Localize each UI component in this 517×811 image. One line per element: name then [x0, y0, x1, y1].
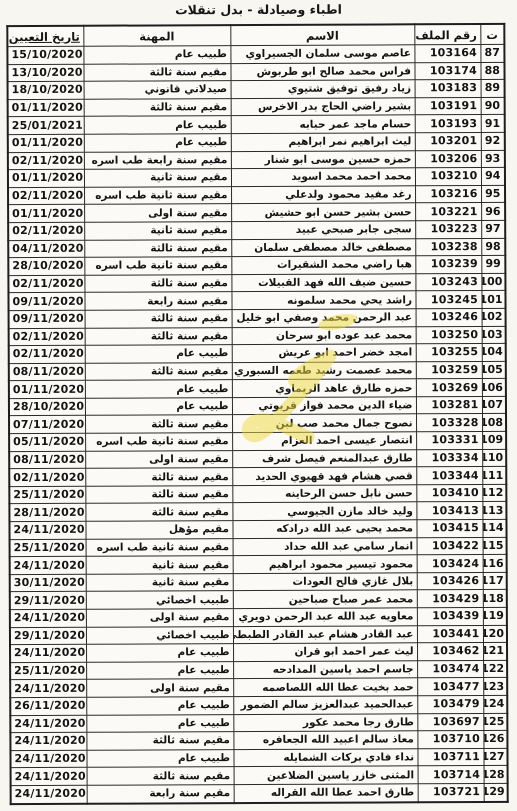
cell-profession: مقيم سنة ثالثة [85, 415, 232, 433]
cell-index: 95 [481, 185, 505, 203]
cell-date: 24/11/2020 [11, 785, 87, 803]
col-header-appointment-date: تاريخ التعيين [7, 26, 83, 47]
table-row: 94 103210 محمد احمد محمد اسويد مقيم سنة … [8, 168, 505, 188]
table-row: 114 103415 محمد يحيى عبد الله درادكه مقي… [9, 519, 506, 539]
cell-profession: مقيم سنة اولى [85, 450, 232, 468]
cell-index: 93 [481, 150, 505, 168]
cell-date: 02/11/2020 [9, 469, 85, 487]
cell-profession: طبيب عام [86, 644, 233, 662]
cell-file-number: 103344 [416, 467, 482, 485]
cell-profession: مقيم سنة ثالثة [86, 732, 233, 750]
cell-date: 26/11/2020 [10, 697, 86, 715]
cell-name: حمزه حسين موسى ابو شنار [231, 150, 415, 168]
cell-index: 113 [482, 502, 506, 520]
cell-profession: مقيم سنة ثالثة [84, 274, 231, 292]
cell-date: 18/10/2020 [8, 81, 84, 99]
cell-file-number: 103424 [417, 555, 483, 573]
cell-index: 127 [483, 748, 507, 766]
cell-profession: مقيم سنة ثانية [86, 556, 233, 574]
table-row: 105 103259 محمد عصمت رشيد طعمه السبوري م… [9, 361, 506, 381]
cell-file-number: 103331 [416, 432, 482, 450]
cell-date: 08/11/2020 [9, 363, 85, 381]
cell-index: 109 [482, 431, 506, 449]
cell-name: حسام ماجد عمر حبابه [231, 115, 415, 133]
table-row: 120 103441 عبد القادر هشام عبد القادر ال… [10, 625, 507, 645]
cell-index: 110 [482, 449, 506, 467]
table-row: 107 103281 ضياء الدين محمد فواز قريوتي ط… [9, 396, 506, 416]
cell-name: فراس محمد صالح ابو طربوش [230, 62, 414, 80]
cell-date: 25/11/2020 [10, 662, 86, 680]
cell-index: 108 [482, 414, 506, 432]
table-body: 87 103164 عاصم موسى سلمان الجسيراوي طبيب… [7, 44, 507, 803]
cell-file-number: 103422 [417, 537, 483, 555]
cell-name: راشد يحي محمد سلمونه [231, 291, 415, 309]
cell-name: امجد خضر احمد ابو عريش [232, 344, 416, 362]
cell-date: 07/11/2020 [9, 416, 85, 434]
table-row: 124 103479 عبدالحميد عبدالعزيز سالم الضم… [10, 695, 507, 715]
cell-file-number: 103243 [415, 273, 481, 291]
cell-profession: طبيب عام [84, 116, 231, 134]
cell-name: محمد احمد محمد اسويد [231, 168, 415, 186]
cell-profession: مقيم سنة ثالثة [85, 485, 232, 503]
cell-date: 01/11/2020 [8, 134, 84, 152]
cell-file-number: 103429 [417, 590, 483, 608]
cell-date: 24/11/2020 [10, 750, 86, 768]
cell-name: حسن نابل حسن الرحاينه [232, 485, 416, 503]
cell-date: 05/11/2020 [9, 433, 85, 451]
cell-date: 02/11/2020 [8, 187, 84, 205]
cell-date: 24/11/2020 [9, 521, 85, 539]
cell-file-number: 103697 [417, 713, 483, 731]
cell-file-number: 103221 [415, 203, 481, 221]
cell-profession: مقيم سنة ثانية طب اسره [84, 257, 231, 275]
table-row: 104 103255 امجد خضر احمد ابو عريش طبيب ع… [9, 344, 506, 364]
cell-file-number: 103245 [415, 291, 481, 309]
cell-file-number: 103223 [415, 220, 481, 238]
cell-profession: مقيم سنة ثالثة [85, 310, 232, 328]
cell-file-number: 103216 [415, 185, 481, 203]
cell-file-number: 103269 [416, 379, 482, 397]
cell-date: 30/11/2020 [10, 574, 86, 592]
cell-index: 123 [483, 678, 507, 696]
cell-date: 02/11/2020 [9, 345, 85, 363]
cell-name: قصي هشام فهد قهيوي الحديد [232, 467, 416, 485]
table-row: 127 103711 نداء فادي بركات الشمايله طبيب… [10, 748, 507, 768]
cell-index: 92 [481, 132, 505, 150]
cell-file-number: 103239 [415, 256, 481, 274]
table-row: 89 103183 زياد رفيق توفيق شتيوي صيدلاني … [8, 80, 505, 100]
cell-index: 106 [482, 379, 506, 397]
cell-name: حمد بخيت عطا الله اللصاصمه [233, 678, 417, 696]
cell-profession: مقيم سنة ثالثة [84, 239, 231, 257]
cell-file-number: 103710 [417, 731, 483, 749]
col-header-profession: المهنة [83, 25, 230, 46]
cell-index: 97 [481, 220, 505, 238]
cell-index: 116 [483, 555, 507, 573]
cell-index: 118 [483, 590, 507, 608]
cell-index: 111 [482, 467, 506, 485]
cell-date: 24/11/2020 [10, 732, 86, 750]
cell-profession: مقيم سنة اولى [86, 609, 233, 627]
cell-name: طارق احمد عطا الله القراله [234, 784, 418, 803]
cell-name: طارق رجا محمد عكور [233, 713, 417, 731]
cell-index: 104 [482, 344, 506, 362]
cell-index: 128 [484, 766, 508, 784]
cell-profession: مقيم مؤهل [85, 521, 232, 539]
header-row: ت رقم الملف الاسم المهنة تاريخ التعيين [7, 24, 504, 47]
cell-profession: مقيم سنة ثانية [84, 222, 231, 240]
scanned-document: { "page": { "title": "اطباء وصيادلة - بد… [0, 0, 517, 811]
cell-index: 119 [483, 607, 507, 625]
cell-profession: طبيب اخصائي [86, 626, 233, 644]
cell-profession: مقيم سنة رابعة [87, 785, 234, 804]
cell-name: هبا راضي محمد الشقيرات [231, 256, 415, 274]
table-row: 122 103474 جاسم احمد ياسين المدادحه طبيب… [10, 660, 507, 680]
cell-date: 24/11/2020 [10, 680, 86, 698]
cell-date: 28/10/2020 [8, 257, 84, 275]
cell-file-number: 103174 [414, 62, 480, 80]
cell-file-number: 103714 [418, 766, 484, 784]
cell-index: 89 [481, 80, 505, 98]
table-row: 116 103424 محمود تيسير محمود ابراهيم مقي… [10, 555, 507, 575]
cell-name: محمد عمر صباح صباحين [233, 590, 417, 608]
cell-date: 25/11/2020 [10, 539, 86, 557]
cell-name: انمار سامي عبد الله حداد [233, 537, 417, 555]
cell-index: 107 [482, 396, 506, 414]
cell-name: ليث ابراهيم نمر ابراهيم [231, 133, 415, 151]
cell-name: نداء فادي بركات الشمايله [233, 749, 417, 767]
cell-file-number: 103334 [416, 449, 482, 467]
cell-index: 105 [482, 361, 506, 379]
cell-name: محمد يحيى عبد الله درادكه [232, 520, 416, 538]
cell-profession: مقيم سنة ثالثة [85, 327, 232, 345]
cell-index: 126 [483, 731, 507, 749]
cell-date: 24/11/2020 [11, 768, 87, 786]
cell-date: 25/01/2021 [8, 117, 84, 135]
table-row: 92 103201 ليث ابراهيم نمر ابراهيم طبيب ع… [8, 132, 505, 152]
cell-profession: طبيب عام [85, 397, 232, 415]
cell-index: 124 [483, 695, 507, 713]
col-header-name: الاسم [230, 24, 414, 45]
table-row: 109 103331 انتصار عيسى احمد العزام مقيم … [9, 431, 506, 451]
table-row: 91 103193 حسام ماجد عمر حبابه طبيب عام 2… [8, 115, 505, 135]
cell-index: 91 [481, 115, 505, 133]
table-row: 103 103250 محمد عبد عوده ابو سرحان مقيم … [9, 326, 506, 346]
cell-index: 98 [481, 238, 505, 256]
table-row: 119 103439 معاويه عبد الله عبد الرحمن دو… [10, 607, 507, 627]
cell-file-number: 103474 [417, 660, 483, 678]
cell-profession: مقيم سنة ثانية طب اسره [84, 186, 231, 204]
cell-date: 24/11/2020 [10, 609, 86, 627]
cell-name: عبدالحميد عبدالعزيز سالم الضمور [233, 696, 417, 714]
table-row: 96 103221 حسن بشير حسن ابو حشيش مقيم سنة… [8, 203, 505, 223]
cell-index: 100 [481, 273, 505, 291]
cell-date: 28/10/2020 [9, 398, 85, 416]
table-row: 126 103710 معاذ سالم اعبيد الله الجعافره… [10, 731, 507, 751]
cell-profession: طبيب عام [86, 661, 233, 679]
cell-date: 24/11/2020 [10, 644, 86, 662]
cell-date: 29/11/2020 [10, 627, 86, 645]
cell-profession: مقيم سنة ثالثة [85, 362, 232, 380]
cell-date: 09/11/2020 [9, 310, 85, 328]
cell-file-number: 103250 [416, 326, 482, 344]
table-row: 117 103426 بلال غازي فالح العودات مقيم س… [10, 572, 507, 592]
cell-file-number: 103413 [416, 502, 482, 520]
cell-profession: طبيب عام [86, 697, 233, 715]
cell-profession: مقيم سنة رابعة [84, 292, 231, 310]
cell-profession: مقيم سنة ثانية طب اسره [86, 538, 233, 556]
cell-profession: مقيم سنة رابعة طب اسره [84, 151, 231, 169]
cell-date: 13/10/2020 [7, 64, 83, 82]
cell-name: محمود تيسير محمود ابراهيم [233, 555, 417, 573]
cell-date: 01/11/2020 [8, 169, 84, 187]
cell-index: 114 [482, 519, 506, 537]
cell-name: بلال غازي فالح العودات [233, 573, 417, 591]
cell-file-number: 103255 [416, 344, 482, 362]
table-row: 129 103721 طارق احمد عطا الله القراله مق… [11, 783, 508, 803]
cell-date: 01/11/2020 [8, 205, 84, 223]
table-row: 112 103410 حسن نابل حسن الرحاينه مقيم سن… [9, 484, 506, 504]
cell-date: 02/11/2020 [8, 275, 84, 293]
cell-date: 02/11/2020 [9, 328, 85, 346]
cell-file-number: 103191 [415, 97, 481, 115]
cell-profession: طبيب عام [85, 345, 232, 363]
cell-name: طارق عبدالمنعم فيصل شرف [232, 449, 416, 467]
cell-index: 129 [484, 783, 508, 801]
cell-name: رغد مفيد محمود ولدعلي [231, 186, 415, 204]
cell-file-number: 103711 [417, 748, 483, 766]
table-row: 102 103246 عبد الرحمن محمد وصفي ابو خليل… [9, 308, 506, 328]
table-row: 125 103697 طارق رجا محمد عكور طبيب عام 2… [10, 713, 507, 733]
cell-name: وليد خالد مازن الجيوسي [232, 502, 416, 520]
cell-file-number: 103328 [416, 414, 482, 432]
cell-profession: صيدلاني قانوني [84, 81, 231, 99]
cell-profession: مقيم سنة ثانية [86, 573, 233, 591]
cell-file-number: 103246 [416, 308, 482, 326]
cell-file-number: 103721 [418, 783, 484, 801]
table-row: 118 103429 محمد عمر صباح صباحين طبيب اخص… [10, 590, 507, 610]
cell-date: 01/11/2020 [8, 99, 84, 117]
cell-profession: طبيب اخصائي [86, 591, 233, 609]
cell-profession: طبيب عام [86, 749, 233, 767]
cell-index: 96 [481, 203, 505, 221]
staff-table: ت رقم الملف الاسم المهنة تاريخ التعيين 8… [6, 23, 508, 805]
cell-index: 122 [483, 660, 507, 678]
cell-name: بشير راضي الحاج بدر الاخرس [231, 98, 415, 116]
cell-index: 115 [483, 537, 507, 555]
cell-file-number: 103206 [415, 150, 481, 168]
cell-file-number: 103477 [417, 678, 483, 696]
cell-profession: مقيم سنة ثالثة [83, 63, 230, 81]
cell-file-number: 103201 [415, 132, 481, 150]
cell-date: 04/11/2020 [8, 240, 84, 258]
cell-file-number: 103164 [414, 45, 480, 63]
cell-date: 09/11/2020 [8, 293, 84, 311]
cell-profession: مقيم سنة ثالثة [85, 468, 232, 486]
cell-file-number: 103259 [416, 361, 482, 379]
table-row: 121 103462 ليث عمر احمد ابو قران طبيب عا… [10, 643, 507, 663]
table-row: 123 103477 حمد بخيت عطا الله اللصاصمه مق… [10, 678, 507, 698]
table-row: 88 103174 فراس محمد صالح ابو طربوش مقيم … [7, 62, 504, 82]
cell-file-number: 103415 [416, 520, 482, 538]
cell-profession: مقيم سنة ثالثة [87, 767, 234, 785]
cell-date: 29/11/2020 [10, 592, 86, 610]
cell-profession: طبيب عام [84, 134, 231, 152]
cell-profession: مقيم سنة ثانية [84, 169, 231, 187]
table-row: 87 103164 عاصم موسى سلمان الجسيراوي طبيب… [7, 44, 504, 64]
table-row: 106 103269 حمزه طارق عاهد الريماوي طبيب … [9, 379, 506, 399]
cell-file-number: 103462 [417, 643, 483, 661]
cell-index: 117 [483, 572, 507, 590]
cell-index: 88 [480, 62, 504, 80]
col-header-index: ت [480, 24, 504, 45]
cell-file-number: 103210 [415, 168, 481, 186]
cell-date: 02/11/2020 [8, 222, 84, 240]
cell-name: معاويه عبد الله عبد الرحمن دويري [233, 608, 417, 626]
cell-profession: طبيب عام [86, 714, 233, 732]
table-row: 128 103714 المثنى خازر ياسين الضلاعين مق… [11, 766, 508, 786]
cell-name: مصطفى خالد مصطفى سلمان [231, 238, 415, 256]
table-header: ت رقم الملف الاسم المهنة تاريخ التعيين [7, 24, 504, 47]
cell-file-number: 103426 [417, 572, 483, 590]
table-row: 97 103223 سجى جابر صبحي عبيد مقيم سنة ثا… [8, 220, 505, 240]
col-header-file-number: رقم الملف [414, 24, 480, 45]
cell-date: 01/11/2020 [9, 381, 85, 399]
cell-date: 15/10/2020 [7, 46, 83, 64]
cell-date: 02/11/2020 [8, 152, 84, 170]
cell-name: سجى جابر صبحي عبيد [231, 221, 415, 239]
cell-index: 87 [480, 44, 504, 62]
cell-name: عاصم موسى سلمان الجسيراوي [230, 45, 414, 63]
cell-name: عبد الرحمن محمد وصفي ابو خليل [232, 309, 416, 327]
cell-profession: مقيم سنة اولى [86, 679, 233, 697]
cell-index: 99 [481, 256, 505, 274]
table-row: 99 103239 هبا راضي محمد الشقيرات مقيم سن… [8, 256, 505, 276]
cell-name: نصوح جمال محمد صب لبن [232, 414, 416, 432]
cell-index: 102 [482, 308, 506, 326]
cell-name: ضياء الدين محمد فواز قريوتي [232, 397, 416, 415]
cell-index: 125 [483, 713, 507, 731]
table-row: 111 103344 قصي هشام فهد قهيوي الحديد مقي… [9, 467, 506, 487]
cell-index: 120 [483, 625, 507, 643]
cell-profession: طبيب عام [83, 46, 230, 64]
page-title: اطباء وصيادلة - بدل تنقلات [0, 1, 517, 18]
cell-profession: مقيم سنة ثانية طب اسره [85, 433, 232, 451]
cell-name: ليث عمر احمد ابو قران [233, 643, 417, 661]
cell-profession: طبيب عام [85, 380, 232, 398]
table-row: 108 103328 نصوح جمال محمد صب لبن مقيم سن… [9, 414, 506, 434]
cell-index: 103 [482, 326, 506, 344]
cell-name: عبد القادر هشام عبد القادر الطبطي [233, 625, 417, 643]
cell-index: 121 [483, 643, 507, 661]
cell-name: حمزه طارق عاهد الريماوي [232, 379, 416, 397]
cell-file-number: 103479 [417, 695, 483, 713]
cell-name: زياد رفيق توفيق شتيوي [231, 80, 415, 98]
cell-name: حسين ضيف الله فهد القبيلات [231, 274, 415, 292]
cell-index: 101 [481, 291, 505, 309]
table-row: 101 103245 راشد يحي محمد سلمونه مقيم سنة… [8, 291, 505, 311]
cell-file-number: 103183 [415, 80, 481, 98]
cell-profession: مقيم سنة اولى [84, 204, 231, 222]
cell-name: انتصار عيسى احمد العزام [232, 432, 416, 450]
table-row: 110 103334 طارق عبدالمنعم فيصل شرف مقيم … [9, 449, 506, 469]
cell-date: 28/11/2020 [9, 504, 85, 522]
table-row: 98 103238 مصطفى خالد مصطفى سلمان مقيم سن… [8, 238, 505, 258]
cell-file-number: 103238 [415, 238, 481, 256]
cell-file-number: 103439 [417, 608, 483, 626]
cell-name: حسن بشير حسن ابو حشيش [231, 203, 415, 221]
cell-name: جاسم احمد ياسين المدادحه [233, 661, 417, 679]
cell-index: 90 [481, 97, 505, 115]
cell-file-number: 103441 [417, 625, 483, 643]
cell-file-number: 103193 [415, 115, 481, 133]
cell-file-number: 103410 [416, 484, 482, 502]
cell-date: 24/11/2020 [10, 556, 86, 574]
cell-name: محمد عبد عوده ابو سرحان [232, 326, 416, 344]
cell-file-number: 103281 [416, 396, 482, 414]
table-row: 100 103243 حسين ضيف الله فهد القبيلات مق… [8, 273, 505, 293]
cell-date: 08/11/2020 [9, 451, 85, 469]
cell-name: محمد عصمت رشيد طعمه السبوري [232, 361, 416, 379]
cell-name: معاذ سالم اعبيد الله الجعافره [233, 731, 417, 749]
cell-index: 112 [482, 484, 506, 502]
cell-profession: مقيم سنة ثالثة [84, 98, 231, 116]
cell-name: المثنى خازر ياسين الضلاعين [234, 766, 418, 784]
table-row: 95 103216 رغد مفيد محمود ولدعلي مقيم سنة… [8, 185, 505, 205]
table-row: 90 103191 بشير راضي الحاج بدر الاخرس مقي… [8, 97, 505, 117]
table-row: 115 103422 انمار سامي عبد الله حداد مقيم… [10, 537, 507, 557]
cell-index: 94 [481, 168, 505, 186]
cell-date: 24/11/2020 [10, 715, 86, 733]
table-row: 93 103206 حمزه حسين موسى ابو شنار مقيم س… [8, 150, 505, 170]
cell-profession: مقيم سنة ثالثة [85, 503, 232, 521]
cell-date: 25/11/2020 [9, 486, 85, 504]
table-row: 113 103413 وليد خالد مازن الجيوسي مقيم س… [9, 502, 506, 522]
